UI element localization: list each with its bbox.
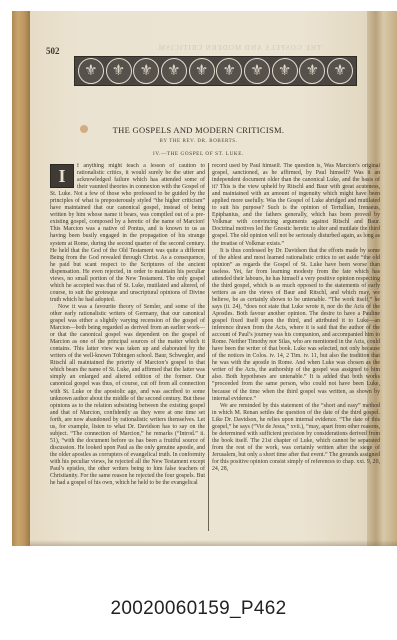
- right-column: record used by Paul himself. The questio…: [212, 163, 380, 533]
- column-divider: [208, 163, 209, 531]
- decorated-initial: I: [50, 164, 74, 188]
- fleur-de-lis-icon: ⚜: [299, 58, 325, 84]
- bleed-through-header: THE GOSPELS AND MODERN CRITICISM.: [155, 44, 321, 52]
- fleur-de-lis-icon: ⚜: [272, 58, 298, 84]
- ornamental-band: ⚜ ⚜ ⚜ ⚜ ⚜ ⚜ ⚜ ⚜ ⚜ ⚜: [74, 56, 357, 86]
- fleur-de-lis-icon: ⚜: [106, 58, 132, 84]
- left-column: If anything might teach a lesson of caut…: [50, 163, 205, 533]
- article-subtitle: IV.—THE GOSPEL OF ST. LUKE.: [0, 151, 397, 157]
- fleur-de-lis-icon: ⚜: [161, 58, 187, 84]
- paragraph: It is thus confessed by Dr. Davidson tha…: [212, 248, 380, 403]
- fleur-de-lis-icon: ⚜: [327, 58, 353, 84]
- paragraph: Now it was a favourite theory of Semler,…: [50, 304, 205, 487]
- paragraph: record used by Paul himself. The questio…: [212, 163, 380, 248]
- image-caption: 20020060159_P462: [0, 598, 397, 620]
- book-spine: [12, 11, 30, 546]
- fleur-de-lis-icon: ⚜: [189, 58, 215, 84]
- fleur-de-lis-icon: ⚜: [244, 58, 270, 84]
- article-byline: BY THE REV. DR. ROBERTS.: [0, 139, 397, 144]
- fleur-de-lis-icon: ⚜: [78, 58, 104, 84]
- paragraph: If anything might teach a lesson of caut…: [50, 163, 205, 304]
- page-bottom-edge: [30, 540, 397, 546]
- paragraph: We are reminded by this statement of the…: [212, 403, 380, 473]
- page-number: 502: [46, 46, 60, 56]
- article-title: THE GOSPELS AND MODERN CRITICISM.: [0, 125, 397, 135]
- fleur-de-lis-icon: ⚜: [216, 58, 242, 84]
- fleur-de-lis-icon: ⚜: [133, 58, 159, 84]
